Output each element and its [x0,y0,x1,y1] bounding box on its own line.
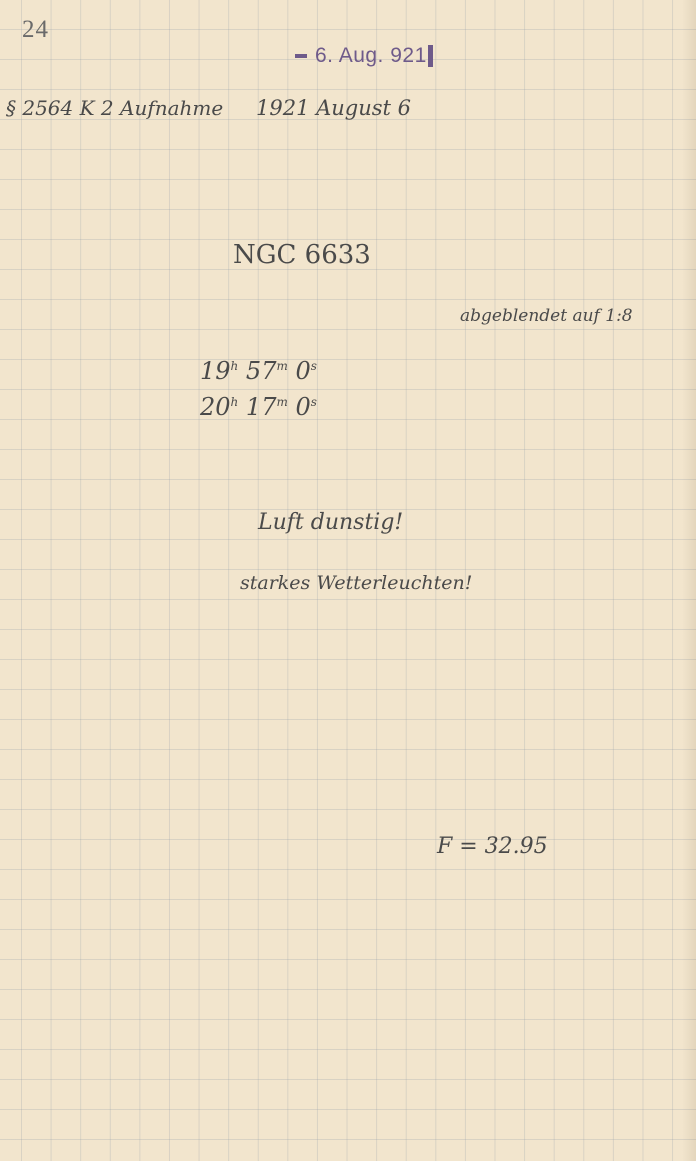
seconds: 0 [296,393,311,421]
hours: 20 [200,393,231,421]
remark-haze: Luft dunstig! [258,510,403,535]
exposure-start: 19h 57m 0s [200,357,317,385]
minutes: 17 [246,393,277,421]
notebook-page: 24 6. Aug. 921 § 2564 K 2 Aufnahme 1921 … [0,0,696,1161]
stamp-mark [428,45,433,67]
exposure-end: 20h 17m 0s [200,393,317,421]
stamp-mark [295,54,307,58]
seconds: 0 [296,357,311,385]
date-stamp: 6. Aug. 921 [295,44,433,68]
object-name: NGC 6633 [233,240,371,270]
plate-number: § 2564 K 2 Aufnahme [6,96,223,120]
hours: 19 [200,357,231,385]
remark-lightning: starkes Wetterleuchten! [240,572,472,594]
focus-value: F = 32.95 [437,834,548,859]
page-number: 24 [22,16,49,44]
minutes: 57 [246,357,277,385]
aperture-note: abgeblendet auf 1:8 [460,306,633,326]
stamp-text: 6. Aug. 921 [315,44,427,67]
header-date: 1921 August 6 [256,96,411,120]
